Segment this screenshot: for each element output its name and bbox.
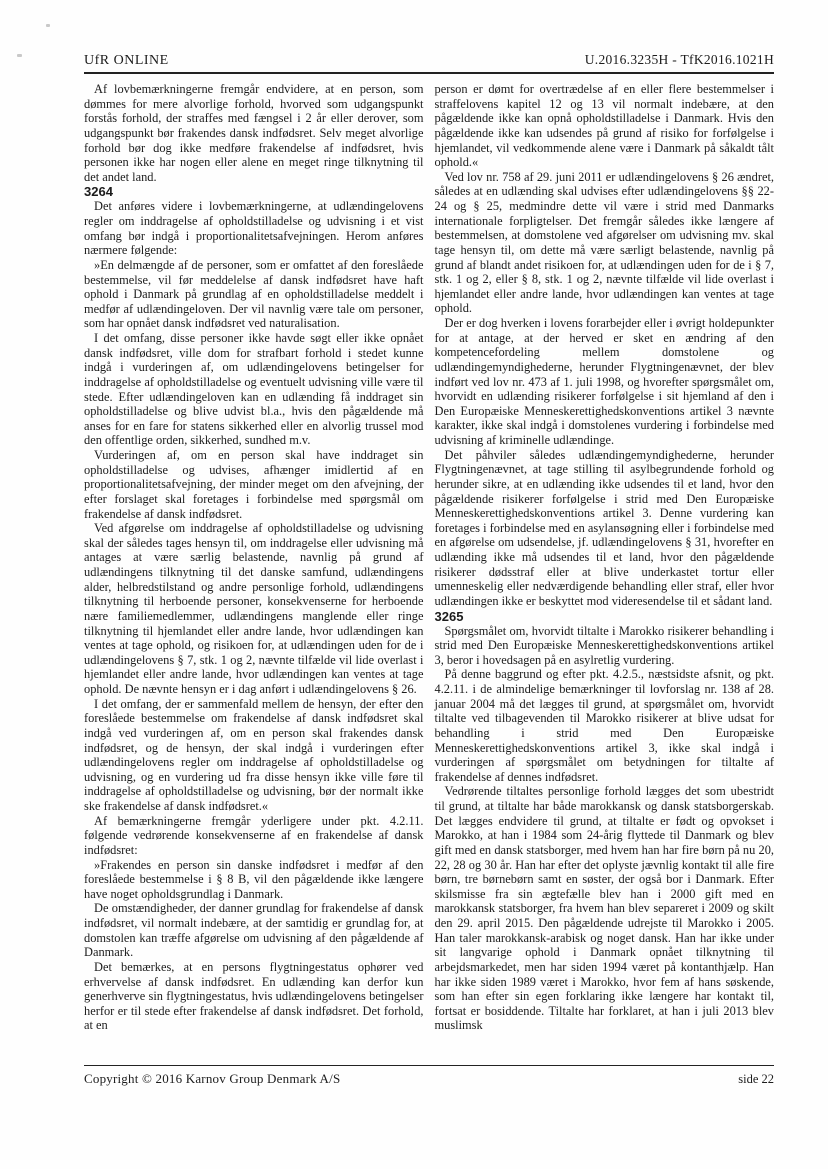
- paragraph: Det anføres videre i lovbemærkningerne, …: [84, 199, 424, 258]
- paragraph: Af bemærkningerne fremgår yderligere und…: [84, 814, 424, 858]
- paragraph: Ved afgørelse om inddragelse af opholdst…: [84, 521, 424, 697]
- page-footer: Copyright © 2016 Karnov Group Denmark A/…: [84, 1071, 774, 1087]
- page-header: UfR ONLINE U.2016.3235H - TfK2016.1021H: [84, 0, 774, 69]
- paragraph: I det omfang, disse personer ikke havde …: [84, 331, 424, 448]
- section-number: 3265: [435, 609, 775, 624]
- footer-divider: [84, 1065, 774, 1066]
- paragraph: På denne baggrund og efter pkt. 4.2.5., …: [435, 667, 775, 784]
- paragraph: Det bemærkes, at en persons flygtningest…: [84, 960, 424, 1033]
- page-number: side 22: [738, 1072, 774, 1087]
- paragraph: Ved lov nr. 758 af 29. juni 2011 er udlæ…: [435, 170, 775, 316]
- paragraph: person er dømt for overtrædelse af en el…: [435, 82, 775, 170]
- header-divider: [84, 72, 774, 74]
- paragraph: »En delmængde af de personer, som er omf…: [84, 258, 424, 331]
- paragraph: Spørgsmålet om, hvorvidt tiltalte i Maro…: [435, 624, 775, 668]
- case-reference: U.2016.3235H - TfK2016.1021H: [585, 52, 774, 68]
- paragraph: Af lovbemærkningerne fremgår endvidere, …: [84, 82, 424, 184]
- left-column: Af lovbemærkningerne fremgår endvidere, …: [84, 82, 424, 1033]
- paragraph: De omstændigheder, der danner grundlag f…: [84, 901, 424, 960]
- document-page: UfR ONLINE U.2016.3235H - TfK2016.1021H …: [0, 0, 828, 1169]
- scan-artifact: [46, 24, 50, 27]
- paragraph: Der er dog hverken i lovens forarbejder …: [435, 316, 775, 448]
- two-column-body: Af lovbemærkningerne fremgår endvidere, …: [84, 82, 774, 1033]
- paragraph: »Frakendes en person sin danske indfødsr…: [84, 858, 424, 902]
- paragraph: Vedrørende tiltaltes personlige forhold …: [435, 784, 775, 1033]
- copyright-notice: Copyright © 2016 Karnov Group Denmark A/…: [84, 1071, 340, 1087]
- paragraph: Vurderingen af, om en person skal have i…: [84, 448, 424, 521]
- paragraph: I det omfang, der er sammenfald mellem d…: [84, 697, 424, 814]
- page-content: UfR ONLINE U.2016.3235H - TfK2016.1021H …: [84, 0, 774, 1033]
- section-number: 3264: [84, 184, 424, 199]
- publication-title: UfR ONLINE: [84, 53, 169, 69]
- right-column: person er dømt for overtrædelse af en el…: [435, 82, 775, 1033]
- scan-artifact: [17, 54, 22, 57]
- paragraph: Det påhviler således udlændingemyndighed…: [435, 448, 775, 609]
